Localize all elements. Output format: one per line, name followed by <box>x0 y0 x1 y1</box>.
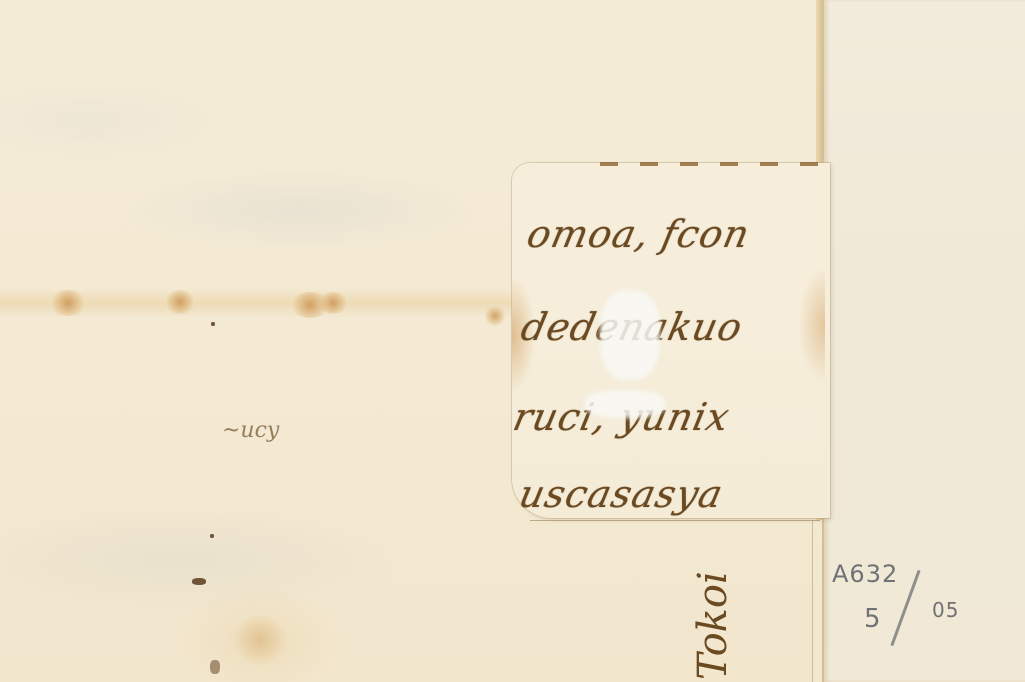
lower-sheet-edge <box>530 520 820 521</box>
rust-stain <box>50 290 86 316</box>
rust-stain <box>165 290 195 314</box>
ink-speck <box>210 534 214 538</box>
vertical-handwriting-fragment: Tokoi <box>690 520 750 680</box>
handwritten-line-1: omoa, fcon <box>523 212 754 256</box>
archive-ref-line2: 5 <box>864 604 882 634</box>
ink-speck <box>192 578 206 585</box>
ink-speck <box>211 322 215 326</box>
ink-speck <box>210 660 220 674</box>
rust-stain <box>485 306 505 326</box>
slip-stain <box>800 270 825 380</box>
rust-stain <box>235 615 285 665</box>
lower-sheet-edge-vertical <box>812 520 813 682</box>
archive-ref-line3: 05 <box>932 598 959 622</box>
paper-abrasion <box>600 290 660 380</box>
handwritten-line-4: uscasasya <box>515 472 727 516</box>
manuscript-page: ~ucy omoa, fcon dedenakuo ruci, yunix us… <box>0 0 1025 682</box>
archive-ref-line1: A632 <box>832 560 898 588</box>
paper-abrasion <box>585 390 665 418</box>
slip-top-ink-remnants <box>600 162 825 166</box>
faint-ink-scribble: ~ucy <box>222 418 279 443</box>
rust-stain <box>318 292 348 314</box>
